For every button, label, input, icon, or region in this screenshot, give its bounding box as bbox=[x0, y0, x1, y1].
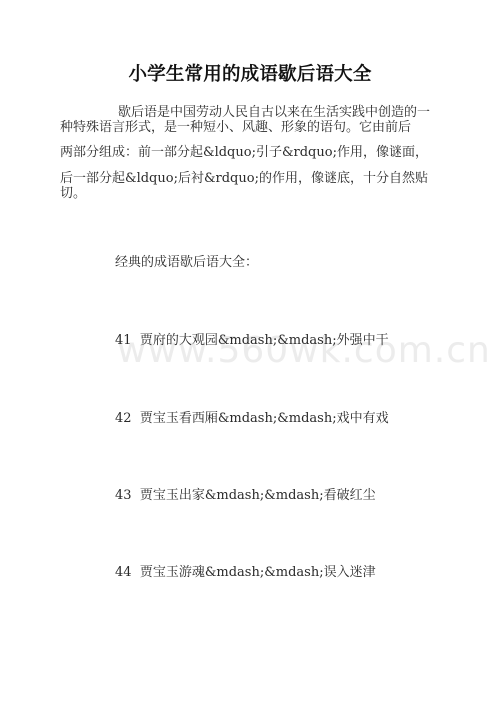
intro-line-1: 歇后语是中国劳动人民自古以来在生活实践中创造的一 bbox=[118, 105, 430, 120]
list-item: 41 贾府的大观园&mdash;&mdash;外强中干 bbox=[115, 333, 389, 348]
item-text: 贾宝玉游魂&mdash;&mdash;误入迷津 bbox=[140, 565, 376, 580]
item-number: 44 bbox=[115, 565, 132, 580]
item-text: 贾宝玉出家&mdash;&mdash;看破红尘 bbox=[140, 488, 376, 503]
item-text: 贾宝玉看西厢&mdash;&mdash;戏中有戏 bbox=[140, 411, 389, 426]
list-item: 42 贾宝玉看西厢&mdash;&mdash;戏中有戏 bbox=[115, 411, 389, 426]
section-heading: 经典的成语歇后语大全： bbox=[115, 255, 258, 270]
intro-line-3: 两部分组成：前一部分起&ldquo;引子&rdquo;作用，像谜面， bbox=[60, 145, 428, 160]
intro-line-5: 切。 bbox=[60, 186, 86, 201]
intro-line-4: 后一部分起&ldquo;后衬&rdquo;的作用，像谜底，十分自然贴 bbox=[60, 171, 428, 186]
item-number: 41 bbox=[115, 333, 132, 348]
intro-line-2: 种特殊语言形式，是一种短小、风趣、形象的语句。它由前后 bbox=[60, 120, 411, 135]
item-text: 贾府的大观园&mdash;&mdash;外强中干 bbox=[140, 333, 389, 348]
page-title: 小学生常用的成语歇后语大全 bbox=[0, 60, 500, 86]
list-item: 44 贾宝玉游魂&mdash;&mdash;误入迷津 bbox=[115, 565, 376, 580]
item-number: 42 bbox=[115, 411, 132, 426]
item-number: 43 bbox=[115, 488, 132, 503]
list-item: 43 贾宝玉出家&mdash;&mdash;看破红尘 bbox=[115, 488, 376, 503]
